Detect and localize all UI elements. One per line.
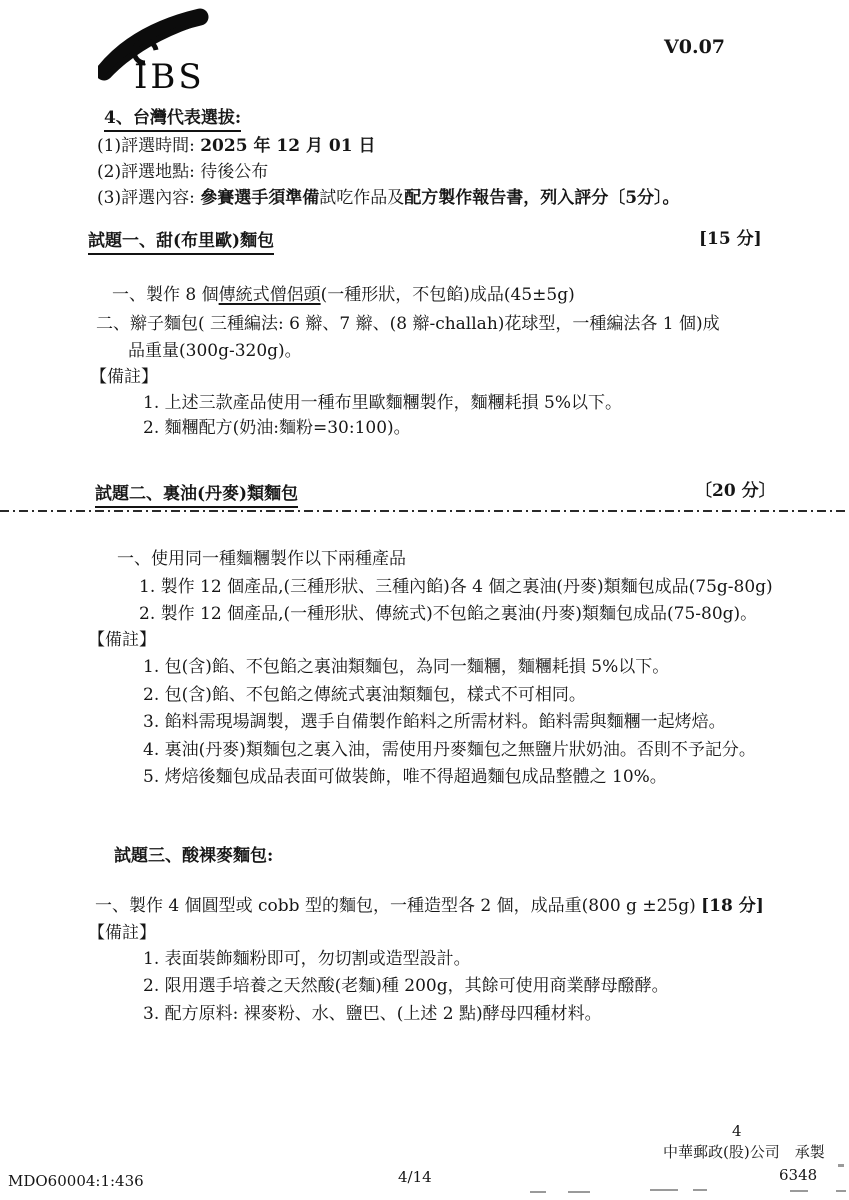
dash-dot-divider [0,510,849,512]
scan-artifact [650,1189,678,1191]
q1-notes-label: 【備註】 [90,367,158,388]
selection-heading-text: 4、台灣代表選拔: [104,108,241,132]
q1-title-text: 試題一、甜(布里歐)麵包 [88,231,274,255]
q1-note-1: 1. 上述三款產品使用一種布里歐麵糰製作，麵糰耗損 5%以下。 [143,393,622,414]
q1-title: 試題一、甜(布里歐)麵包 [88,231,274,252]
scan-artifact [693,1189,707,1191]
selection-content-bold2: 配方製作報告書，列入評分〔5分〕。 [404,188,679,208]
scan-artifact [568,1191,590,1193]
q2-title: 試題二、裏油(丹麥)類麵包 [95,484,298,505]
document-page: IBS V0.07 4、台灣代表選拔: (1)評選時間: 2025 年 12 月… [0,0,849,1200]
q3-note-2: 2. 限用選手培養之天然酸(老麵)種 200g，其餘可使用商業酵母醱酵。 [143,976,669,997]
selection-content-bold1: 參賽選手須準備 [200,188,319,208]
q2-notes-label: 【備註】 [88,630,156,651]
selection-place-value: 待後公布 [200,162,268,182]
q1-note-2: 2. 麵糰配方(奶油:麵粉=30:100)。 [143,418,411,439]
q1-item1-underlined: 傳統式僧侶頭 [219,285,321,305]
q2-intro: 一、使用同一種麵糰製作以下兩種產品 [117,549,406,570]
version-label: V0.07 [664,36,725,60]
q1-item-1: 一、製作 8 個傳統式僧侶頭(一種形狀，不包餡)成品(45±5g) [112,285,575,306]
q3-note-1: 1. 表面裝飾麵粉即可，勿切割或造型設計。 [143,949,471,970]
selection-time-value: 2025 年 12 月 01 日 [200,136,375,156]
q3-item1-text: 一、製作 4 個圓型或 cobb 型的麵包，一種造型各 2 個，成品重(800 … [95,896,701,916]
selection-place-line: (2)評選地點: 待後公布 [97,162,268,183]
selection-time-label: (1)評選時間: [97,136,200,156]
q2-item-2: 2. 製作 12 個產品,(一種形狀、傳統式)不包餡之裏油(丹麥)類麵包成品(7… [139,604,757,625]
q1-item-2-line1: 二、辮子麵包( 三種編法: 6 辮、7 辮、(8 辮-challah)花球型，一… [96,314,720,335]
q3-notes-label: 【備註】 [88,923,156,944]
q3-note-3: 3. 配方原料: 裸麥粉、水、鹽巴、(上述 2 點)酵母四種材料。 [143,1004,602,1025]
selection-content-line: (3)評選內容: 參賽選手須準備試吃作品及配方製作報告書，列入評分〔5分〕。 [97,188,680,209]
selection-heading: 4、台灣代表選拔: [104,108,241,129]
footer-publisher: 中華郵政(股)公司 承製 [663,1143,825,1162]
q1-item1-post: (一種形狀，不包餡)成品(45±5g) [321,285,575,305]
scan-artifact [790,1190,808,1192]
footer-page-small: 4 [732,1122,742,1141]
q1-item1-pre: 一、製作 8 個 [112,285,219,305]
selection-content-label: (3)評選內容: [97,188,200,208]
q2-note-1: 1. 包(含)餡、不包餡之裏油類麵包，為同一麵糰，麵糰耗損 5%以下。 [143,657,669,678]
q3-item1-score: [18 分] [701,896,764,916]
tibs-logo-letters: IBS [134,57,205,97]
scan-artifact [836,1190,846,1192]
selection-place-label: (2)評選地點: [97,162,200,182]
q2-item-1: 1. 製作 12 個產品,(三種形狀、三種內餡)各 4 個之裏油(丹麥)類麵包成… [139,577,773,598]
footer-doc-id: MDO60004:1:436 [8,1172,144,1191]
selection-time-line: (1)評選時間: 2025 年 12 月 01 日 [97,136,375,157]
q2-note-3: 3. 餡料需現場調製，選手自備製作餡料之所需材料。餡料需與麵糰一起烤焙。 [143,712,726,733]
scan-artifact [838,1164,844,1167]
tibs-logo: IBS [98,6,210,102]
footer-code: 6348 [779,1166,817,1185]
tibs-logo-brush-icon: IBS [98,6,210,98]
footer-page-number: 4/14 [398,1168,432,1187]
q2-note-2: 2. 包(含)餡、不包餡之傳統式裏油類麵包，樣式不可相同。 [143,685,586,706]
q1-score: [15 分] [699,229,762,250]
q2-score: 〔20 分〕 [695,481,776,502]
q3-title: 試題三、酸裸麥麵包: [114,846,273,867]
q2-note-4: 4. 裏油(丹麥)類麵包之裏入油，需使用丹麥麵包之無鹽片狀奶油。否則不予記分。 [143,740,756,761]
q2-note-5: 5. 烤焙後麵包成品表面可做裝飾，唯不得超過麵包成品整體之 10%。 [143,767,667,788]
q1-item-2-line2: 品重量(300g-320g)。 [128,341,302,362]
q3-item-1: 一、製作 4 個圓型或 cobb 型的麵包，一種造型各 2 個，成品重(800 … [95,896,764,917]
selection-content-normal: 試吃作品及 [319,188,404,208]
q2-title-text: 試題二、裏油(丹麥)類麵包 [95,484,298,508]
scan-artifact [530,1191,546,1193]
